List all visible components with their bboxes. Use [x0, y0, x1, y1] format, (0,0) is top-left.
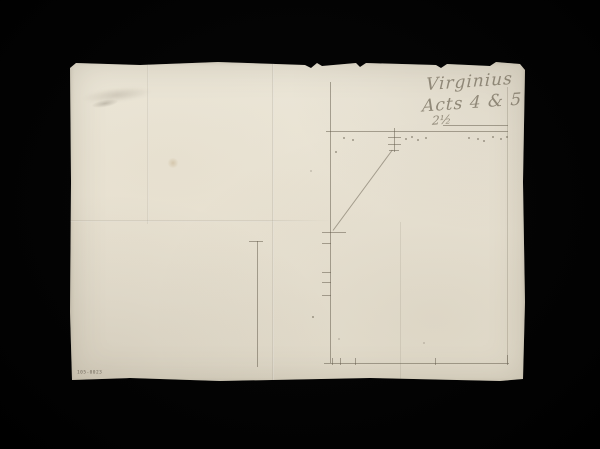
pencil-mark [322, 243, 331, 244]
pencil-mark [324, 363, 509, 364]
pencil-mark [492, 136, 494, 138]
pencil-mark [388, 144, 401, 145]
pencil-mark [335, 151, 337, 153]
handwritten-measurement: 2½ [432, 112, 452, 127]
fold-crease-lower [400, 222, 401, 382]
fold-crease-vertical-center [272, 62, 274, 382]
pencil-mark [322, 272, 331, 273]
pencil-mark [312, 316, 314, 318]
pencil-mark [483, 140, 485, 142]
photo-backdrop: Virginius Acts 4 & 5 2½ 105-0023 [0, 0, 600, 449]
pencil-mark [468, 137, 470, 139]
paper-sheet: Virginius Acts 4 & 5 2½ 105-0023 [70, 62, 525, 382]
pencil-mark [506, 136, 508, 138]
pencil-mark [332, 358, 333, 365]
pencil-mark [338, 338, 340, 340]
pencil-mark [417, 139, 419, 141]
pencil-mark [388, 137, 401, 138]
pencil-mark [477, 138, 479, 140]
pencil-mark [326, 131, 508, 132]
pencil-mark [340, 358, 341, 365]
pencil-mark [330, 82, 331, 363]
pencil-mark [500, 138, 502, 140]
fold-crease-vertical-left [147, 62, 149, 224]
paper-stain [167, 158, 179, 168]
pencil-mark [411, 136, 413, 138]
pencil-mark [507, 355, 508, 365]
pencil-mark [322, 295, 331, 296]
pencil-mark [435, 358, 436, 365]
pencil-mark [333, 150, 393, 231]
pencil-mark [405, 138, 407, 140]
pencil-mark [322, 232, 346, 233]
pencil-mark [355, 358, 356, 365]
pencil-mark [423, 342, 425, 344]
pencil-mark [322, 282, 331, 283]
pencil-mark [443, 125, 508, 126]
pencil-mark [394, 128, 395, 152]
pencil-mark [425, 137, 427, 139]
pencil-mark [352, 139, 354, 141]
pencil-mark [249, 241, 263, 242]
pencil-mark [310, 170, 312, 172]
pencil-mark [343, 137, 345, 139]
pencil-mark [507, 87, 508, 363]
pencil-mark [257, 241, 258, 367]
accession-number: 105-0023 [77, 370, 102, 375]
fold-crease-horizontal [70, 220, 332, 222]
pencil-mark [389, 150, 399, 151]
